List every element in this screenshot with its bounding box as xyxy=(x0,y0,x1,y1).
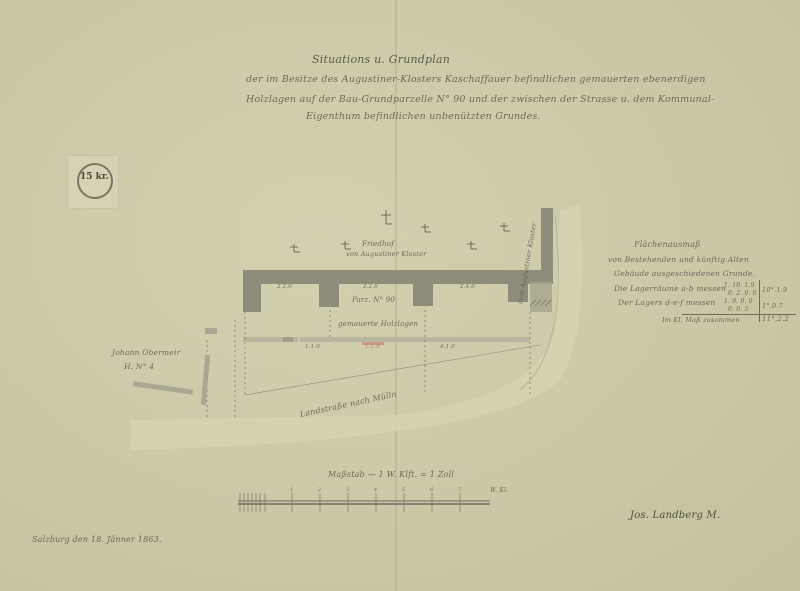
area-row-1-value-b: 0. 2. 0. 0 xyxy=(728,290,757,297)
dimension-label: 2.4.0 xyxy=(460,284,475,290)
scale-tick-label: 2 xyxy=(318,487,321,493)
area-table-desc-2: Gebäude ausgeschiedenen Grunde. xyxy=(614,269,755,278)
scale-title: Maßstab — 1 W. Klft. = 1 Zoll xyxy=(328,470,454,479)
scale-bar xyxy=(238,493,490,512)
building-name-label: gemauerte Holzlagen xyxy=(338,320,418,328)
scale-tick-label: 5 xyxy=(402,487,405,493)
area-row-2-label: Der Lagers d-e-f messen xyxy=(618,298,716,307)
front-wall xyxy=(243,337,530,345)
dimension-label: 4.1.0 xyxy=(440,344,455,350)
neighbor-owner-label: Johann Obermeir xyxy=(112,348,180,357)
courtyard-sublabel: von Augustiner Kloster xyxy=(346,250,426,258)
signature: Jos. Landberg M. xyxy=(630,510,720,521)
area-row-1-value-a: 1. 10. 1.9 xyxy=(724,282,755,289)
dimension-label: 2.2.0 xyxy=(363,284,378,290)
scale-unit-label: W. Kl. xyxy=(490,487,508,494)
dimension-label: 2.2.0 xyxy=(277,284,292,290)
area-row-2-value-a: 1. 0. 0. 0 xyxy=(724,298,753,305)
area-sum-label: Im Kl. Maß zusammen xyxy=(662,316,740,324)
scale-tick-label: 3 xyxy=(346,487,349,493)
area-table-desc-1: von Bestehenden und künftig Alten xyxy=(608,255,749,264)
scale-tick-label: 4 xyxy=(374,487,377,493)
cemetery-cross-icons xyxy=(290,210,510,252)
area-sum-total: 11°.2.2 xyxy=(762,315,789,323)
scale-tick-label: 7 xyxy=(458,487,461,493)
area-row-1-total: 10°.1.9 xyxy=(762,286,787,294)
parcel-number-label: Parz. N° 90 xyxy=(352,296,395,304)
date-place: Salzburg den 18. Jänner 1863. xyxy=(32,535,162,544)
dimension-label: 1.1.6 xyxy=(365,344,380,350)
neighbor-house-number: H. N° 4 xyxy=(124,362,154,371)
area-table-title: Flächenausmaß xyxy=(634,240,701,249)
scale-tick-label: 1 xyxy=(290,487,293,493)
area-row-1-label: Die Lagerräume a-b messen xyxy=(614,284,726,293)
building-walls xyxy=(243,208,553,312)
area-row-2-total: 1°.0.7 xyxy=(762,302,783,310)
scale-tick-label: 6 xyxy=(430,487,433,493)
area-row-2-value-b: 0. 0. 5 xyxy=(728,306,748,313)
dimension-label: 1.1.0 xyxy=(305,344,320,350)
site-plan-drawing xyxy=(0,0,800,591)
courtyard-label: Friedhof xyxy=(362,240,394,248)
column-divider xyxy=(759,280,760,322)
